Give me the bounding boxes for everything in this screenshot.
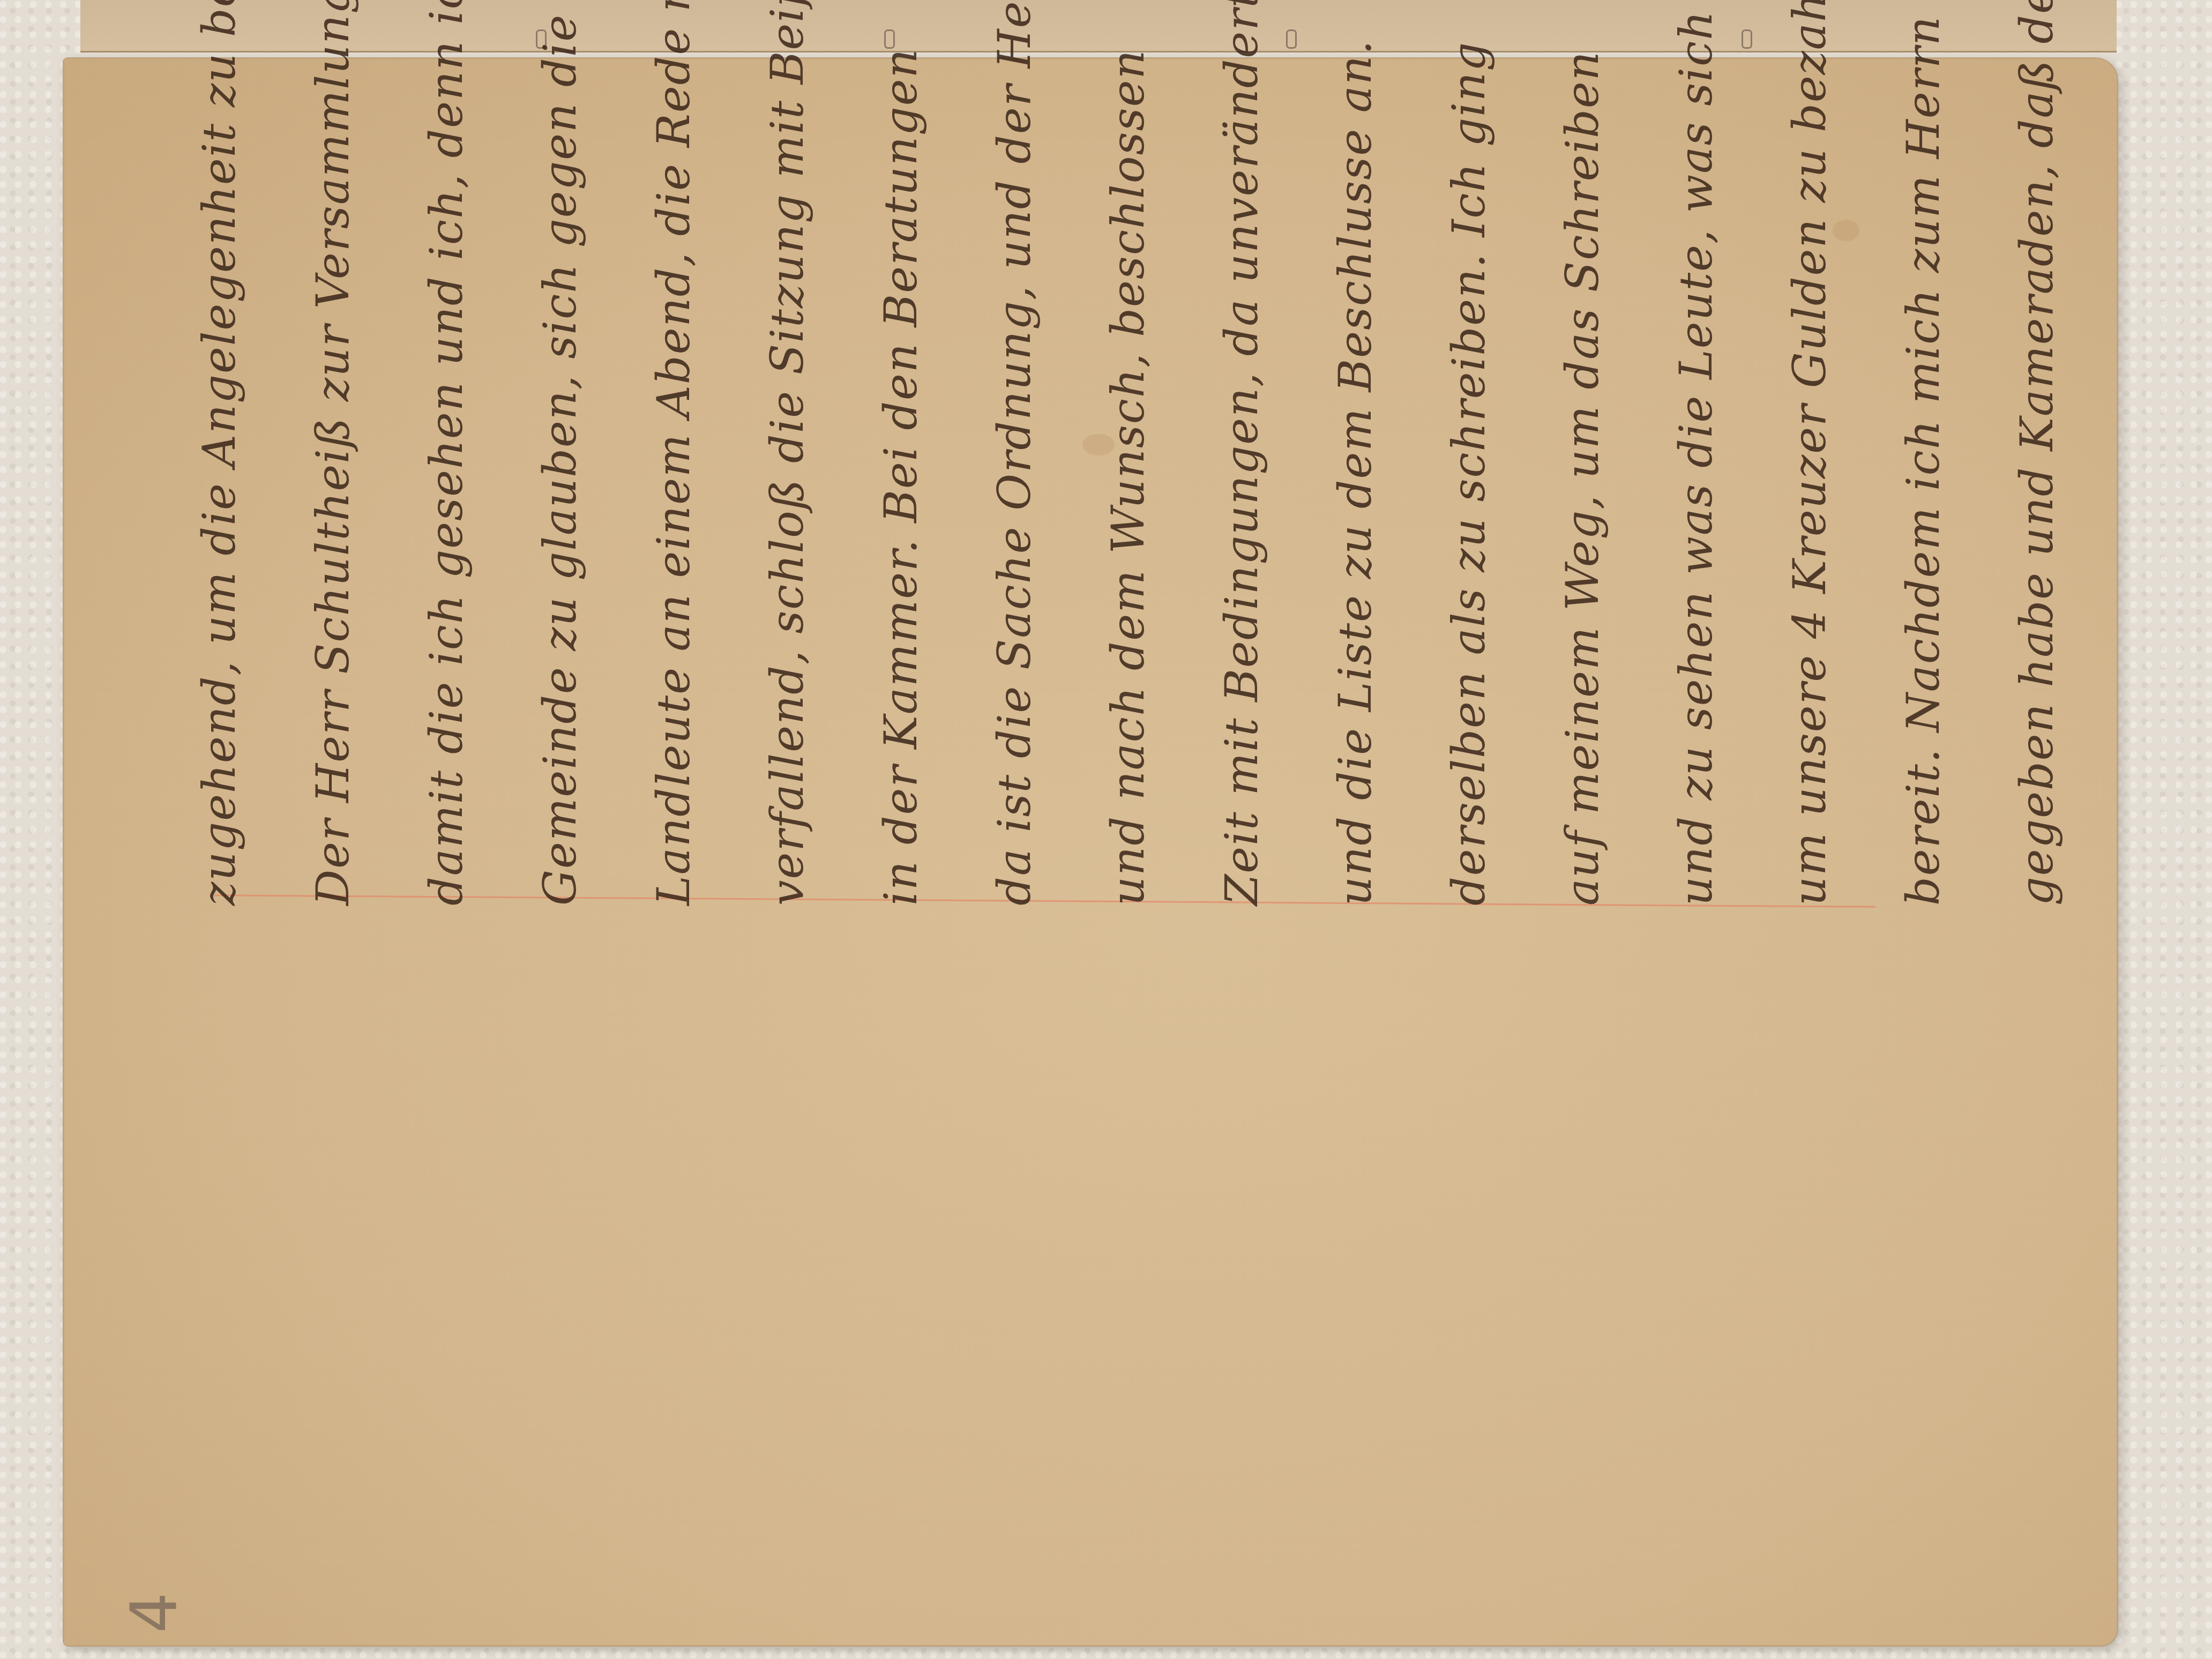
handwritten-line: gegeben habe und Kameraden, daß der bbox=[2011, 48, 2075, 906]
binding-stitch bbox=[1742, 29, 1752, 49]
handwritten-line: da ist die Sache Ordnung, und der Herr bbox=[988, 48, 1052, 906]
handwritten-line: derselben als zu schreiben. Ich ging bbox=[1443, 48, 1507, 906]
binding-stitch bbox=[1286, 29, 1297, 49]
handwritten-line: auf meinem Weg, um das Schreiben bbox=[1556, 48, 1620, 906]
handwritten-line: Gemeinde zu glauben, sich gegen die bbox=[534, 48, 598, 906]
handwritten-line: und die Liste zu dem Beschlusse an. bbox=[1329, 48, 1393, 906]
page-number: 4 bbox=[117, 1592, 192, 1633]
handwritten-line: Der Herr Schultheiß zur Versammlung der … bbox=[307, 48, 371, 906]
handwritten-line: in der Kammer. Bei den Beratungen bbox=[875, 48, 939, 906]
handwritten-line: um unsere 4 Kreuzer Gulden zu bezahlen bbox=[1783, 48, 1848, 906]
handwritten-line: damit die ich gesehen und ich, denn ich … bbox=[420, 48, 484, 906]
handwritten-line: und nach dem Wunsch, beschlossen bbox=[1102, 48, 1166, 906]
handwritten-line: Landleute an einem Abend, die Rede nach bbox=[647, 48, 712, 906]
handwritten-text: zugehend, um die Angelegenheit zu bespre… bbox=[193, 70, 2122, 927]
handwritten-line: Zeit mit Bedingungen, da unveränderte bbox=[1215, 48, 1280, 906]
handwritten-line: und zu sehen was die Leute, was sich bbox=[1670, 48, 1734, 906]
handwritten-line: verfallend, schloß die Sitzung mit Beifa… bbox=[761, 48, 825, 906]
handwritten-line: bereit. Nachdem ich mich zum Herrn bei bbox=[1897, 48, 1961, 906]
handwritten-line: zugehend, um die Angelegenheit zu bespre… bbox=[193, 48, 257, 906]
binding-stitch bbox=[884, 29, 895, 49]
